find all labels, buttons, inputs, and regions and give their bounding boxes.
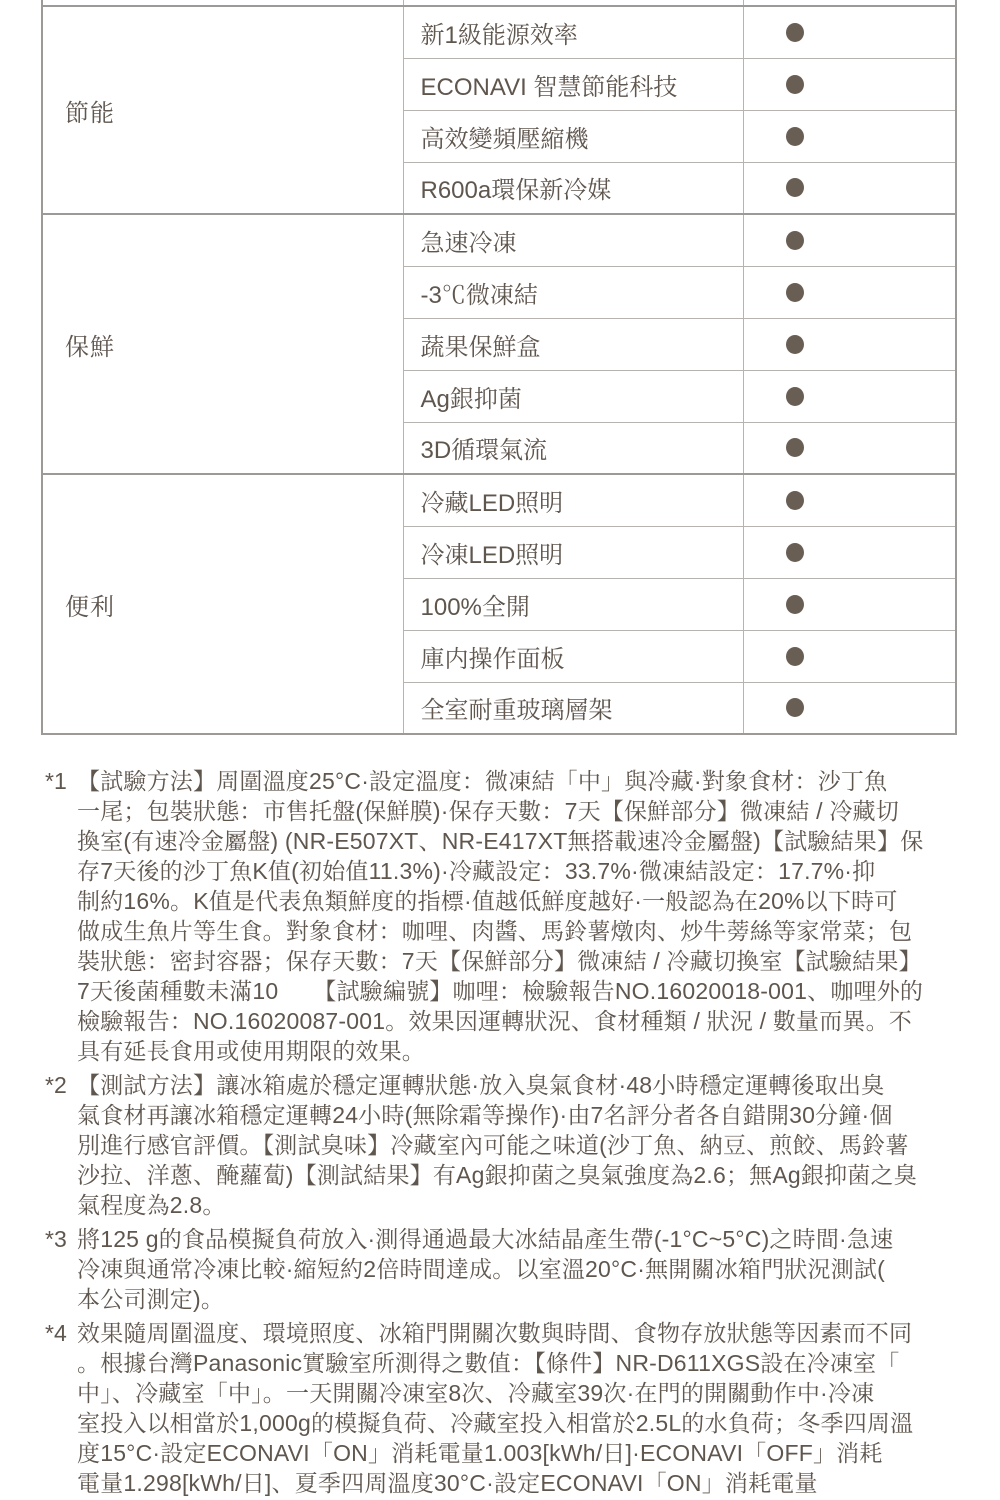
category-cell-convenience: 便利 [42,474,403,734]
footnote-text: 效果隨周圍溫度、環境照度、冰箱門開關次數與時間、食物存放狀態等因素而不同 。根據… [77,1318,962,1498]
feature-label: -3℃微凍結 [403,266,743,318]
feature-dot-cell [743,474,956,526]
footnotes-section: *1 【試驗方法】周圍溫度25°C·設定溫度：微凍結「中」與冷藏·對象食材：沙丁… [45,766,962,1498]
footnote-1: *1 【試驗方法】周圍溫度25°C·設定溫度：微凍結「中」與冷藏·對象食材：沙丁… [45,766,962,1066]
bullet-dot-icon [786,231,804,250]
bullet-dot-icon [786,283,804,302]
category-cell-freshness: 保鮮 [42,214,403,474]
feature-dot-cell [743,214,956,266]
footnote-2: *2 【測試方法】讓冰箱處於穩定運轉狀態·放入臭氣食材·48小時穩定運轉後取出臭… [45,1070,962,1220]
bullet-dot-icon [786,23,804,42]
feature-dot-cell [743,422,956,474]
bullet-dot-icon [786,491,804,510]
feature-dot-cell [743,526,956,578]
feature-dot-cell [743,6,956,58]
feature-label: 高效變頻壓縮機 [403,110,743,162]
table-row: 節能 新1級能源效率 [42,6,956,58]
feature-dot-cell [743,110,956,162]
feature-label: 100%全開 [403,578,743,630]
feature-label: 冷藏LED照明 [403,474,743,526]
feature-dot-cell [743,630,956,682]
feature-label: 蔬果保鮮盒 [403,318,743,370]
feature-label: 冷凍LED照明 [403,526,743,578]
footnote-text: 【測試方法】讓冰箱處於穩定運轉狀態·放入臭氣食材·48小時穩定運轉後取出臭 氣食… [77,1070,962,1220]
category-cell-energy: 節能 [42,6,403,214]
feature-label: Ag銀抑菌 [403,370,743,422]
feature-label: 全室耐重玻璃層架 [403,682,743,734]
footnote-marker: *3 [45,1224,77,1254]
feature-label: 急速冷凍 [403,214,743,266]
footnote-marker: *4 [45,1318,77,1348]
bullet-dot-icon [786,127,804,146]
table-row: 保鮮 急速冷凍 [42,214,956,266]
feature-dot-cell [743,578,956,630]
bullet-dot-icon [786,178,804,197]
feature-spec-table: 節能 新1級能源效率 ECONAVI 智慧節能科技 高效變頻壓縮機 R600a環… [41,0,957,735]
table-row: 便利 冷藏LED照明 [42,474,956,526]
feature-label: 新1級能源效率 [403,6,743,58]
bullet-dot-icon [786,438,804,457]
footnote-marker: *2 [45,1070,77,1100]
feature-label: 庫内操作面板 [403,630,743,682]
feature-dot-cell [743,162,956,214]
feature-dot-cell [743,58,956,110]
bullet-dot-icon [786,595,804,614]
bullet-dot-icon [786,75,804,94]
bullet-dot-icon [786,698,804,717]
feature-label: ECONAVI 智慧節能科技 [403,58,743,110]
bullet-dot-icon [786,647,804,666]
bullet-dot-icon [786,543,804,562]
bullet-dot-icon [786,387,804,406]
bullet-dot-icon [786,335,804,354]
footnote-text: 將125 g的食品模擬負荷放入·測得通過最大冰結晶產生帶(-1°C~5°C)之時… [77,1224,962,1314]
footnote-text: 【試驗方法】周圍溫度25°C·設定溫度：微凍結「中」與冷藏·對象食材：沙丁魚 一… [77,766,962,1066]
footnote-4: *4 效果隨周圍溫度、環境照度、冰箱門開關次數與時間、食物存放狀態等因素而不同 … [45,1318,962,1498]
feature-dot-cell [743,682,956,734]
footnote-3: *3 將125 g的食品模擬負荷放入·測得通過最大冰結晶產生帶(-1°C~5°C… [45,1224,962,1314]
feature-dot-cell [743,266,956,318]
feature-label: 3D循環氣流 [403,422,743,474]
feature-dot-cell [743,318,956,370]
feature-dot-cell [743,370,956,422]
footnote-marker: *1 [45,766,77,796]
feature-label: R600a環保新冷媒 [403,162,743,214]
